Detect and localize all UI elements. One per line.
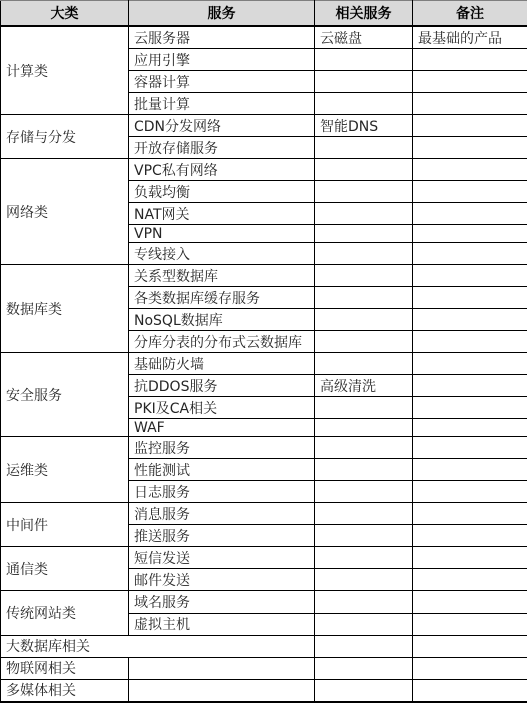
service-cell: 域名服务 [129,591,315,613]
table-row: 传统网站类域名服务 [1,591,527,613]
note-cell [413,503,527,525]
note-cell [413,49,527,71]
related-service-cell [315,437,413,459]
service-cell: 推送服务 [129,525,315,547]
related-service-cell [315,569,413,591]
related-service-cell [315,287,413,309]
column-header-category: 大类 [1,1,129,27]
note-cell [413,397,527,419]
table-row: 存储与分发CDN分发网络智能DNS [1,115,527,137]
service-cell [129,657,315,679]
note-cell [413,331,527,353]
related-service-cell [315,181,413,203]
note-cell [413,419,527,437]
service-cell: 容器计算 [129,71,315,93]
table-row: 物联网相关 [1,657,527,679]
service-cell: 应用引擎 [129,49,315,71]
note-cell [413,243,527,265]
related-service-cell [315,243,413,265]
table-row: 数据库类关系型数据库 [1,265,527,287]
note-cell [413,115,527,137]
related-service-cell [315,49,413,71]
related-service-cell [315,613,413,635]
category-cell: 多媒体相关 [1,679,129,702]
related-service-cell [315,679,413,702]
category-cell: 存储与分发 [1,115,129,159]
service-cell: 分库分表的分布式云数据库 [129,331,315,353]
note-cell [413,159,527,181]
service-cell: 各类数据库缓存服务 [129,287,315,309]
service-cell: WAF [129,419,315,437]
category-cell: 安全服务 [1,353,129,437]
table-body: 计算类云服务器云磁盘最基础的产品应用引擎容器计算批量计算存储与分发CDN分发网络… [1,26,527,702]
service-cell: 消息服务 [129,503,315,525]
service-cell: NAT网关 [129,203,315,225]
note-cell [413,613,527,635]
service-cell: 抗DDOS服务 [129,375,315,397]
note-cell: 最基础的产品 [413,26,527,49]
note-cell [413,225,527,243]
service-cell: 专线接入 [129,243,315,265]
related-service-cell: 高级清洗 [315,375,413,397]
service-cell: 性能测试 [129,459,315,481]
note-cell [413,137,527,159]
cloud-services-table: 大类 服务 相关服务 备注 计算类云服务器云磁盘最基础的产品应用引擎容器计算批量… [0,0,527,703]
service-cell: PKI及CA相关 [129,397,315,419]
related-service-cell [315,635,413,657]
service-cell: 开放存储服务 [129,137,315,159]
category-cell: 大数据库相关 [1,635,315,657]
related-service-cell [315,481,413,503]
related-service-cell: 智能DNS [315,115,413,137]
table-row: 通信类短信发送 [1,547,527,569]
related-service-cell [315,331,413,353]
service-cell: 虚拟主机 [129,613,315,635]
table-row: 多媒体相关 [1,679,527,702]
category-cell: 物联网相关 [1,657,129,679]
related-service-cell [315,137,413,159]
table-row: 大数据库相关 [1,635,527,657]
related-service-cell [315,503,413,525]
note-cell [413,375,527,397]
category-cell: 传统网站类 [1,591,129,635]
note-cell [413,203,527,225]
service-cell: 基础防火墙 [129,353,315,375]
note-cell [413,309,527,331]
related-service-cell [315,657,413,679]
category-cell: 网络类 [1,159,129,265]
category-cell: 中间件 [1,503,129,547]
table-row: 计算类云服务器云磁盘最基础的产品 [1,26,527,49]
category-cell: 通信类 [1,547,129,591]
related-service-cell [315,525,413,547]
service-cell: CDN分发网络 [129,115,315,137]
column-header-service: 服务 [129,1,315,27]
note-cell [413,679,527,702]
service-cell: 关系型数据库 [129,265,315,287]
note-cell [413,181,527,203]
note-cell [413,265,527,287]
service-cell: 云服务器 [129,26,315,49]
table-row: 安全服务基础防火墙 [1,353,527,375]
table-header-row: 大类 服务 相关服务 备注 [1,1,527,27]
category-cell: 运维类 [1,437,129,503]
service-cell: 批量计算 [129,93,315,115]
note-cell [413,525,527,547]
note-cell [413,657,527,679]
related-service-cell [315,93,413,115]
column-header-related-service: 相关服务 [315,1,413,27]
note-cell [413,437,527,459]
note-cell [413,635,527,657]
service-cell: 短信发送 [129,547,315,569]
table-row: 运维类监控服务 [1,437,527,459]
note-cell [413,547,527,569]
related-service-cell [315,397,413,419]
table-row: 网络类VPC私有网络 [1,159,527,181]
note-cell [413,353,527,375]
note-cell [413,93,527,115]
service-cell: NoSQL数据库 [129,309,315,331]
related-service-cell [315,71,413,93]
note-cell [413,71,527,93]
note-cell [413,481,527,503]
note-cell [413,287,527,309]
related-service-cell [315,591,413,613]
service-cell: 监控服务 [129,437,315,459]
related-service-cell [315,309,413,331]
service-cell: VPC私有网络 [129,159,315,181]
category-cell: 数据库类 [1,265,129,353]
note-cell [413,459,527,481]
related-service-cell [315,419,413,437]
table-row: 中间件消息服务 [1,503,527,525]
service-cell: 日志服务 [129,481,315,503]
service-cell: 负载均衡 [129,181,315,203]
related-service-cell [315,203,413,225]
service-cell: VPN [129,225,315,243]
related-service-cell [315,159,413,181]
column-header-note: 备注 [413,1,527,27]
category-cell: 计算类 [1,26,129,115]
related-service-cell [315,459,413,481]
related-service-cell [315,225,413,243]
related-service-cell [315,353,413,375]
note-cell [413,569,527,591]
service-cell: 邮件发送 [129,569,315,591]
service-cell [129,679,315,702]
related-service-cell [315,265,413,287]
related-service-cell [315,547,413,569]
note-cell [413,591,527,613]
related-service-cell: 云磁盘 [315,26,413,49]
